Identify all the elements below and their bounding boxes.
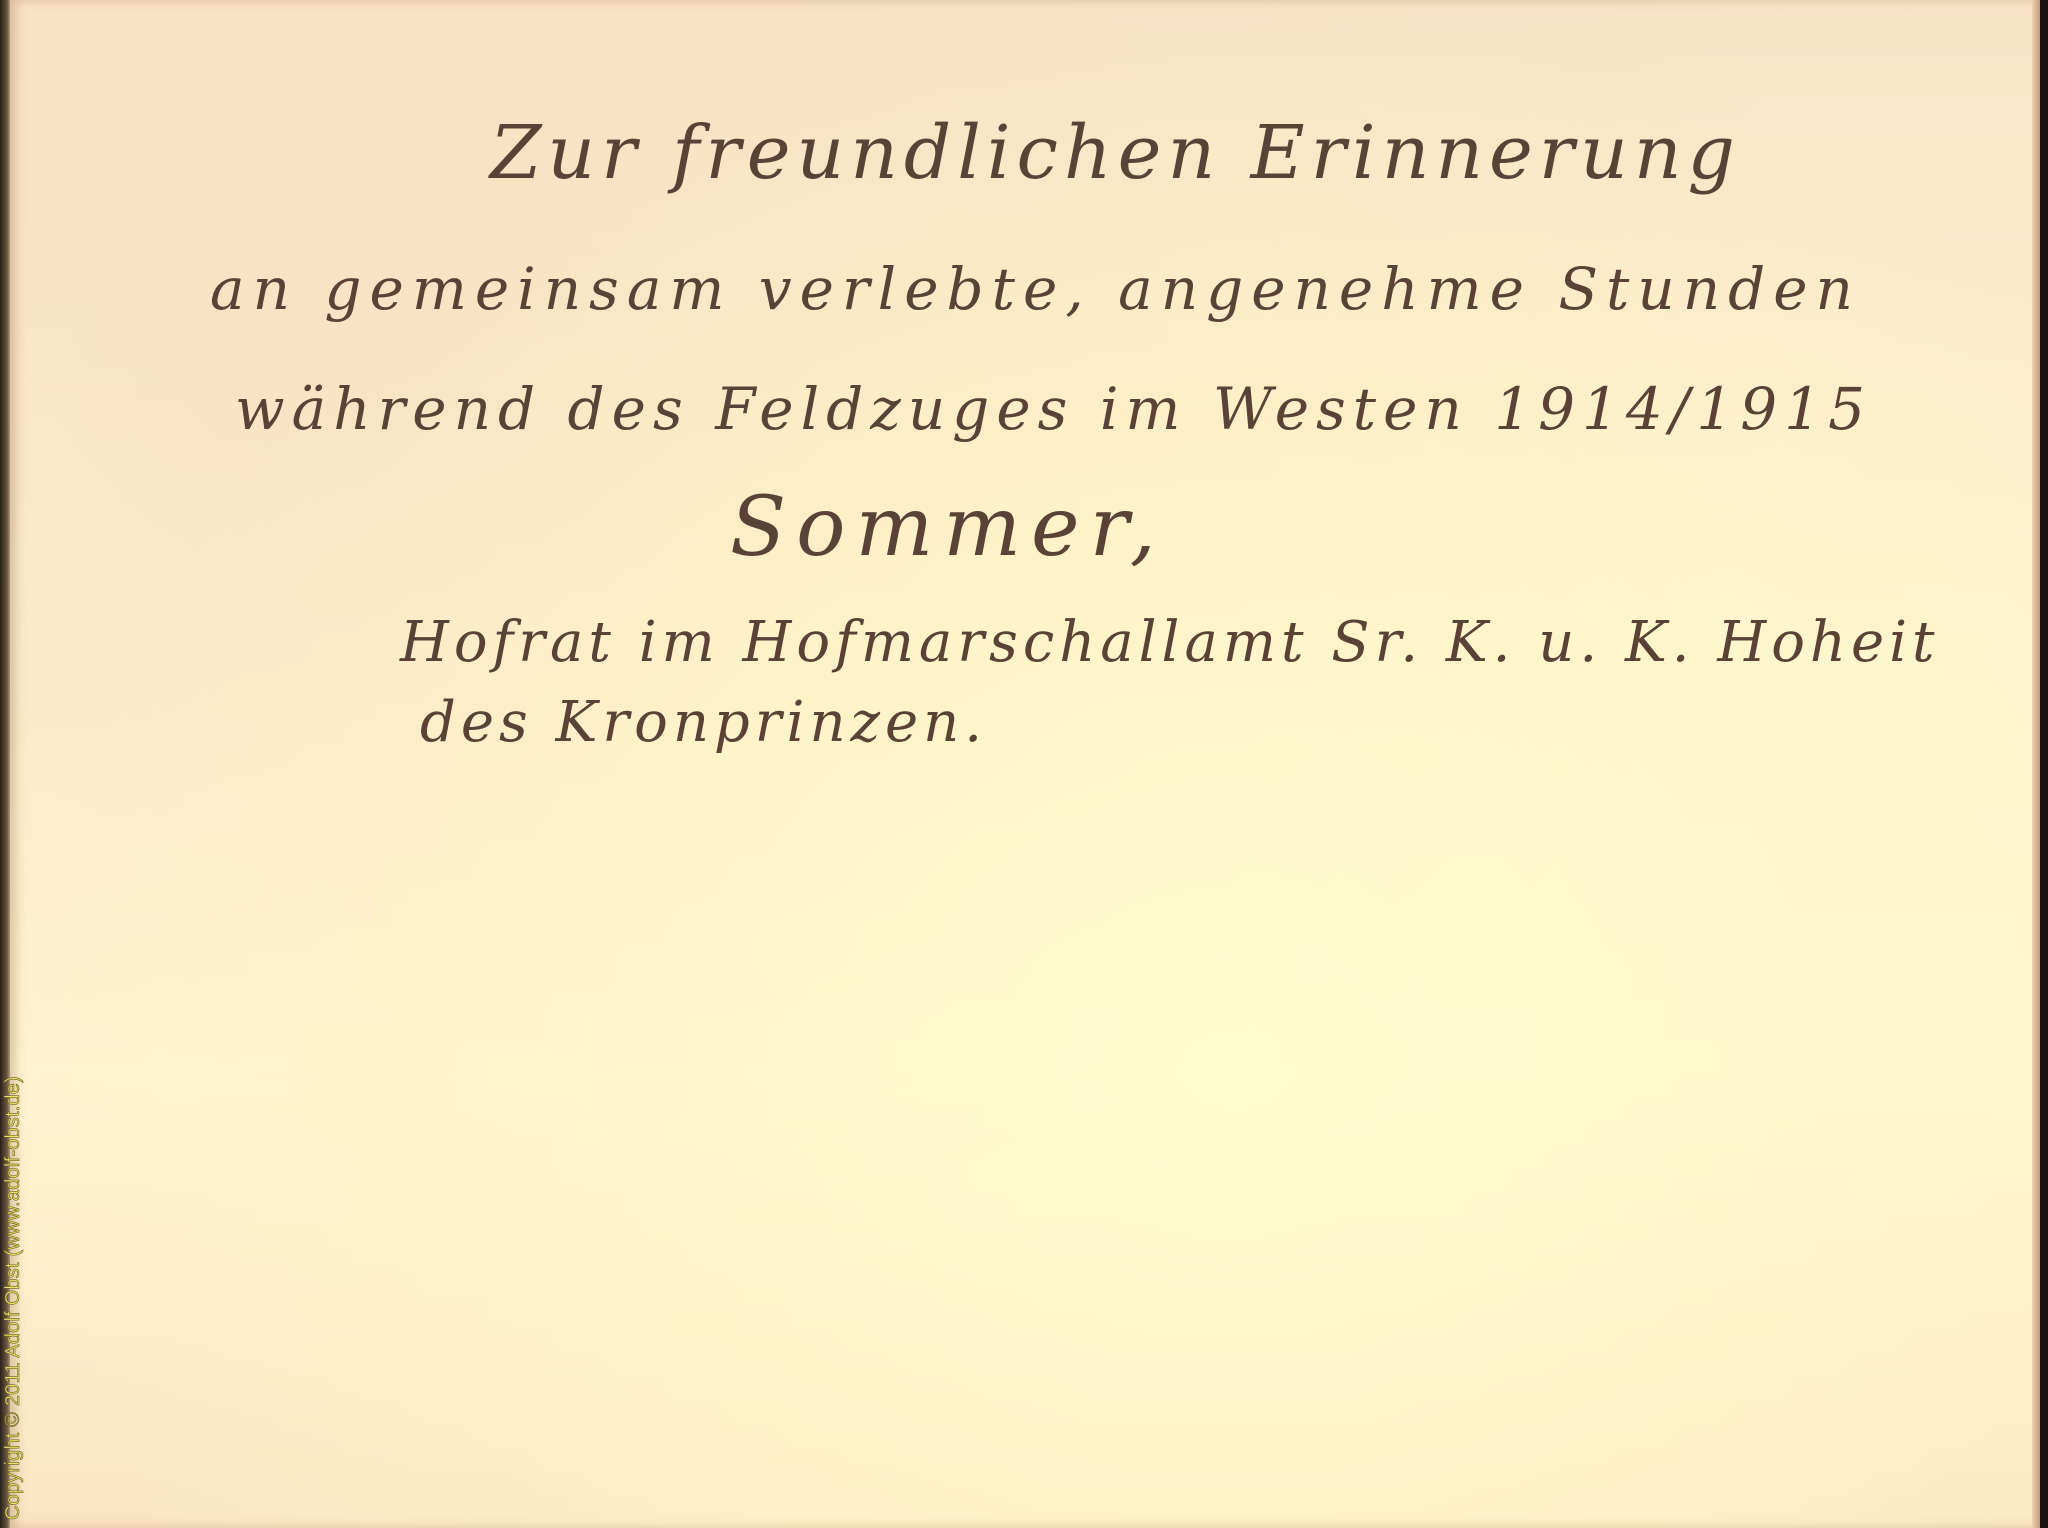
album-page: Zur freundlichen Erinnerung an gemeinsam… [10, 0, 2040, 1528]
handwritten-line-1: Zur freundlichen Erinnerung [490, 110, 1741, 196]
signature-name: Sommer, [730, 480, 1166, 575]
handwritten-line-3: während des Feldzuges im Westen 1914/191… [235, 375, 1872, 443]
copyright-watermark: Copyright © 2011 Adolf Obst (www.adolf-o… [2, 1076, 25, 1520]
handwritten-line-6: des Kronprinzen. [420, 690, 987, 755]
handwritten-line-5: Hofrat im Hofmarschallamt Sr. K. u. K. H… [400, 610, 1940, 675]
handwritten-line-2: an gemeinsam verlebte, angenehme Stunden [210, 255, 1861, 323]
